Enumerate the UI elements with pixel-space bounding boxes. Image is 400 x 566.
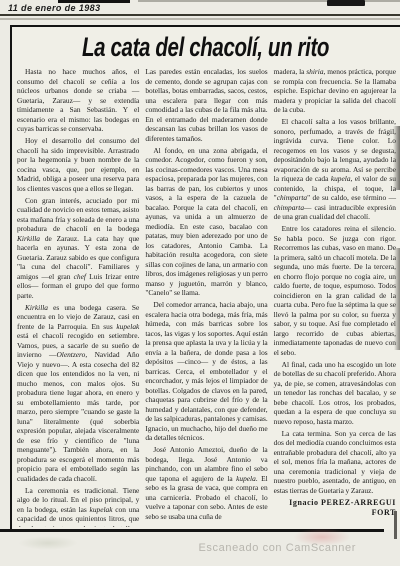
- paragraph: La cata termina. Son ya cerca de las dos…: [274, 429, 396, 496]
- scan-artifact-top-blob: [327, 0, 365, 6]
- paragraph: madera, la shiria, menos práctica, porqu…: [274, 67, 396, 115]
- paragraph: Kirkilla es una bodega casera. Se encuen…: [17, 303, 139, 484]
- byline: Ignacio PEREZ-ARREGUIFORT: [274, 498, 396, 518]
- paragraph: Con gran interés, acuciado por mi cualid…: [17, 196, 139, 301]
- scanned-newspaper-page: 11 de enero de 1983 La cata del chacolí,…: [0, 0, 400, 566]
- byline-suffix: FORT: [274, 508, 396, 518]
- page-date: 11 de enero de 1983: [8, 3, 100, 13]
- paragraph: Al final, cada uno ha escogido un lote d…: [274, 360, 396, 427]
- article-column-3: madera, la shiria, menos práctica, porqu…: [274, 67, 396, 527]
- paragraph: Las paredes están encaladas, los suelos …: [145, 67, 267, 143]
- camscanner-watermark: Escaneado con CamScanner: [199, 542, 357, 554]
- article-box: La cata del chacolí, un rito Hasta no ha…: [10, 25, 400, 530]
- paragraph: José Antonio Ameztoi, dueño de la bodega…: [145, 445, 267, 521]
- article-column-2: Las paredes están encaladas, los suelos …: [145, 67, 267, 527]
- paragraph: La ceremonia es tradicional. Tiene algo …: [17, 486, 139, 528]
- scan-artifact-top-line: [138, 0, 400, 2]
- article-bottom-rule: [0, 529, 384, 532]
- paragraph: Del comedor arranca, hacia abajo, una es…: [145, 300, 267, 443]
- article-title-text: La cata del chacolí, un rito: [82, 32, 329, 62]
- paragraph: Entre los catadores reina el silencio. S…: [274, 224, 396, 357]
- article-column-1: Hasta no hace muchos años, el consumo de…: [17, 67, 139, 527]
- header-rule-light: [0, 18, 400, 20]
- paragraph: Hoy el desarrollo del consumo del chacol…: [17, 136, 139, 193]
- paragraph: Al fondo, en una zona abrigada, el comed…: [145, 146, 267, 298]
- article-columns: Hasta no hace muchos años, el consumo de…: [12, 65, 400, 527]
- paragraph: El chacolí salta a los vasos brillante, …: [274, 117, 396, 222]
- paragraph: Hasta no hace muchos años, el consumo de…: [17, 67, 139, 134]
- byline-author: Ignacio PEREZ-ARREGUI: [289, 498, 396, 507]
- header-rule-dark: [0, 14, 400, 16]
- article-title: La cata del chacolí, un rito: [12, 32, 400, 62]
- scan-artifact-gray-smudge: [18, 536, 78, 550]
